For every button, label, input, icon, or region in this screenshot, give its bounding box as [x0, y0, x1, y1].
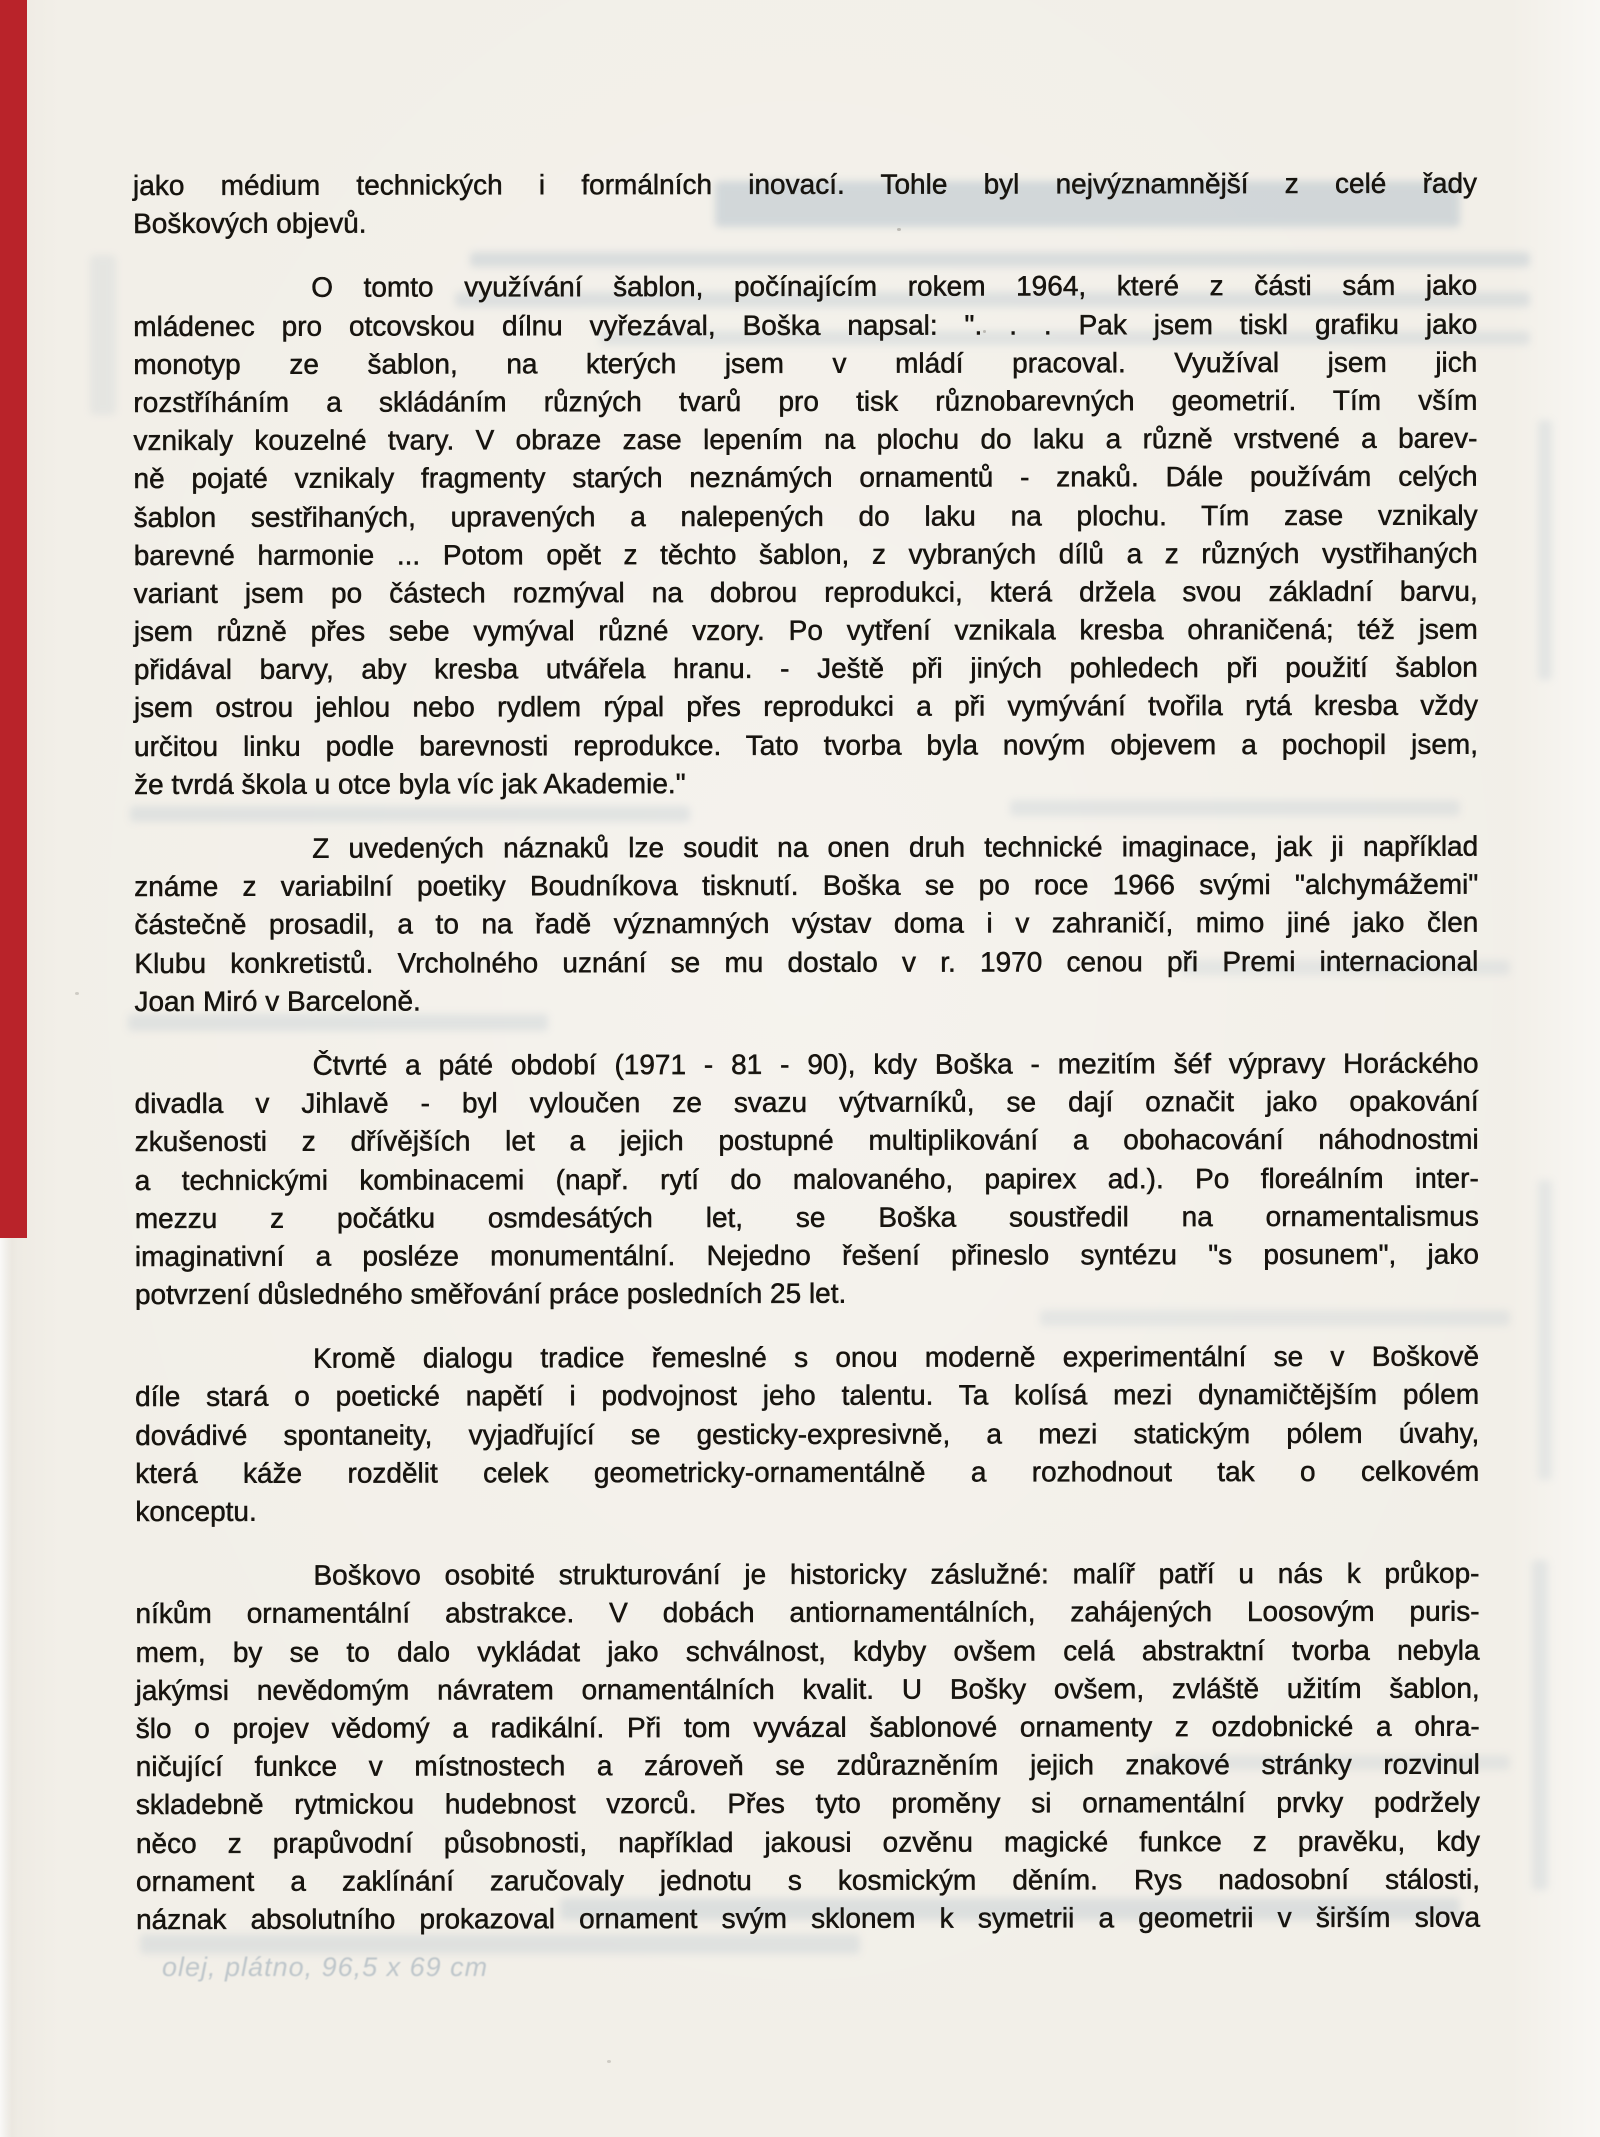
red-binding-stripe	[0, 0, 27, 1238]
bleedthrough-ghost	[90, 255, 116, 415]
page-edge	[0, 1238, 12, 2137]
text-line: níkům ornamentální abstrakce. V dobách a…	[135, 1593, 1479, 1634]
paragraph: Boškovo osobité strukturování je histori…	[135, 1555, 1480, 1939]
text-line: určitou linku podle barevnosti reprodukc…	[134, 725, 1478, 766]
text-line: šablon sestřihaných, upravených a nalepe…	[134, 496, 1478, 537]
text-line: náznak absolutního prokazoval ornament s…	[136, 1899, 1480, 1940]
text-line: něco z prapůvodní působnosti, například …	[136, 1822, 1480, 1863]
dust-speck	[75, 992, 79, 995]
text-line: dovádivé spontaneity, vyjadřující se ges…	[135, 1414, 1479, 1455]
paragraph: Čtvrté a páté období (1971 - 81 - 90), k…	[135, 1045, 1479, 1315]
text-line: O tomto využívání šablon, počínajícím ro…	[133, 267, 1477, 308]
text-line: mládenec pro otcovskou dílnu vyřezával, …	[133, 305, 1477, 346]
text-line: mezzu z počátku osmdesátých let, se Bošk…	[135, 1197, 1479, 1238]
text-line: skladebně rytmickou hudebnost vzorců. Př…	[136, 1784, 1480, 1825]
text-line: ornament a zaklínání zaručovaly jednotu …	[136, 1860, 1480, 1901]
text-line: vznikaly kouzelné tvary. V obraze zase l…	[133, 420, 1477, 461]
text-line: Boškových objevů.	[133, 203, 1477, 244]
text-line: Kromě dialogu tradice řemeslné s onou mo…	[135, 1338, 1479, 1379]
text-line: jako médium technických i formálních ino…	[133, 165, 1477, 206]
paragraph: O tomto využívání šablon, počínajícím ro…	[133, 267, 1478, 804]
text-line: zkušenosti z dřívějších let a jejich pos…	[135, 1121, 1479, 1162]
text-line: díle stará o poetické napětí i podvojnos…	[135, 1376, 1479, 1417]
bleedthrough-ghost	[1532, 1560, 1548, 1890]
text-line: divadla v Jihlavě - byl vyloučen ze svaz…	[135, 1083, 1479, 1124]
text-line: šlo o projev vědomý a radikální. Při tom…	[136, 1708, 1480, 1749]
bleedthrough-ghost	[1538, 1180, 1552, 1480]
text-line: přidával barvy, aby kresba utvářela hran…	[134, 649, 1478, 690]
dust-speck	[607, 2060, 611, 2063]
text-line: monotyp ze šablon, na kterých jsem v mlá…	[133, 343, 1477, 384]
text-line: konceptu.	[135, 1491, 1479, 1532]
text-line: částečně prosadil, a to na řadě významný…	[134, 904, 1478, 945]
text-line: jakýmsi nevědomým návratem ornamentálníc…	[136, 1669, 1480, 1710]
text-line: že tvrdá škola u otce byla víc jak Akade…	[134, 763, 1478, 804]
text-line: jsem různě přes sebe vymýval různé vzory…	[134, 611, 1478, 652]
bleedthrough-caption: olej, plátno, 96,5 x 69 cm	[162, 1952, 488, 1983]
text-line: mem, by se to dalo vykládat jako schváln…	[136, 1631, 1480, 1672]
article-text: jako médium technických i formálních ino…	[133, 165, 1480, 1939]
scanned-page: { "page": { "background": "#f2efe8", "te…	[0, 0, 1600, 2137]
text-line: Klubu konkretistů. Vrcholného uznání se …	[134, 942, 1478, 983]
text-line: která káže rozdělit celek geometricky-or…	[135, 1452, 1479, 1493]
text-line: barevné harmonie ... Potom opět z těchto…	[134, 534, 1478, 575]
text-line: ničující funkce v místnostech a zároveň …	[136, 1746, 1480, 1787]
text-line: potvrzení důsledného směřování práce pos…	[135, 1274, 1479, 1315]
text-line: variant jsem po částech rozmýval na dobr…	[134, 573, 1478, 614]
paragraph: Kromě dialogu tradice řemeslné s onou mo…	[135, 1338, 1479, 1531]
text-line: imaginativní a posléze monumentální. Nej…	[135, 1236, 1479, 1277]
bleedthrough-ghost	[1538, 420, 1552, 680]
text-line: ně pojaté vznikaly fragmenty starých nez…	[134, 458, 1478, 499]
text-line: a technickými kombinacemi (např. rytí do…	[135, 1159, 1479, 1200]
text-line: jsem ostrou jehlou nebo rydlem rýpal pře…	[134, 687, 1478, 728]
text-line: rozstříháním a skládáním různých tvarů p…	[133, 382, 1477, 423]
text-line: známe z variabilní poetiky Boudníkova ti…	[134, 866, 1478, 907]
text-line: Čtvrté a páté období (1971 - 81 - 90), k…	[135, 1045, 1479, 1086]
paragraph: Z uvedených náznaků lze soudit na onen d…	[134, 828, 1478, 1021]
text-line: Joan Miró v Barceloně.	[134, 980, 1478, 1021]
text-line: Boškovo osobité strukturování je histori…	[135, 1555, 1479, 1596]
paragraph: jako médium technických i formálních ino…	[133, 165, 1477, 244]
text-line: Z uvedených náznaků lze soudit na onen d…	[134, 828, 1478, 869]
